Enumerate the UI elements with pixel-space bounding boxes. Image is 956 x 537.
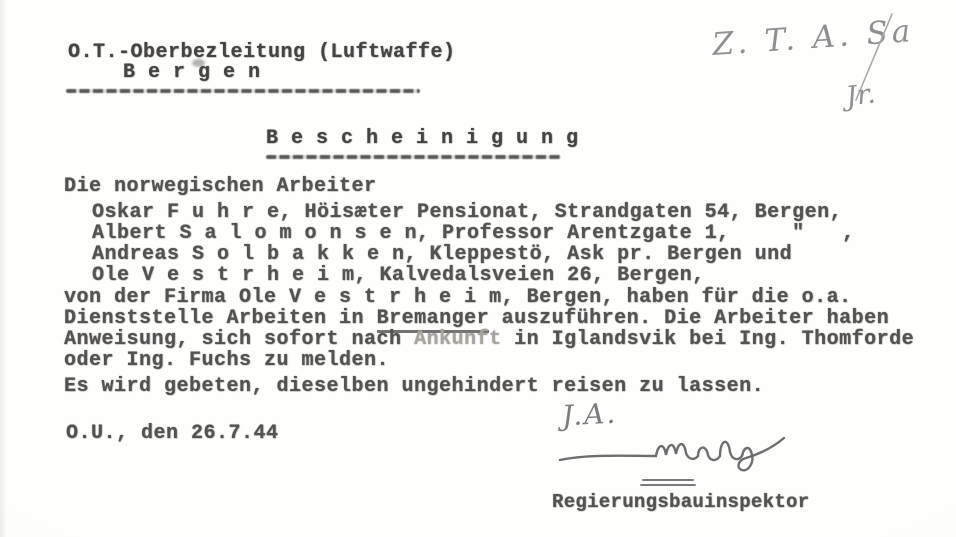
- letterhead-org: O.T.-Oberbezleitung (Luftwaffe): [68, 42, 456, 63]
- body-line-2: Dienststelle Arbeiten in Bremanger auszu…: [64, 308, 889, 329]
- worker-line-4: Ole V e s t r h e i m, Kalvedalsveien 26…: [92, 265, 705, 286]
- date-line: O.U., den 26.7.44: [66, 423, 279, 444]
- worker-line-1: Oskar F u h r e, Höisæter Pensionat, Str…: [92, 202, 842, 223]
- scanned-document-bescheinigung: O.T.-Oberbezleitung (Luftwaffe) B e r g …: [0, 0, 956, 537]
- body-line-4: oder Ing. Fuchs zu melden.: [64, 350, 389, 371]
- title-underline: [266, 155, 561, 159]
- worker-line-2: Albert S a l o m o n s e n, Professor Ar…: [92, 223, 855, 244]
- letterhead-city: B e r g e n: [123, 62, 261, 83]
- document-title: B e s c h e i n i g u n g: [266, 128, 579, 149]
- request-line: Es wird gebeten, dieselben ungehindert r…: [64, 376, 764, 397]
- body-line-2a: Dienststelle Arbeiten in: [64, 307, 377, 330]
- signature-role: Regierungsbauinspektor: [552, 492, 809, 513]
- intro-line: Die norwegischen Arbeiter: [64, 176, 377, 197]
- body-line-3: Anweisung, sich sofort nach Ankunft in I…: [64, 329, 914, 350]
- faded-word: Ankunft: [414, 328, 502, 351]
- letterhead-underline: [66, 89, 420, 93]
- body-line-1: von der Firma Ole V e s t r h e i m, Ber…: [64, 287, 852, 308]
- worker-line-3: Andreas S o l b a k k e n, Kleppestö, As…: [92, 244, 792, 265]
- body-line-3c: in Iglandsvik bei Ing. Thomforde: [502, 328, 915, 351]
- body-line-2c: auszuführen. Die Arbeiter haben: [489, 307, 889, 330]
- body-line-3a: Anweisung, sich sofort nach: [64, 328, 414, 351]
- handwritten-initials: Jr.: [844, 78, 877, 112]
